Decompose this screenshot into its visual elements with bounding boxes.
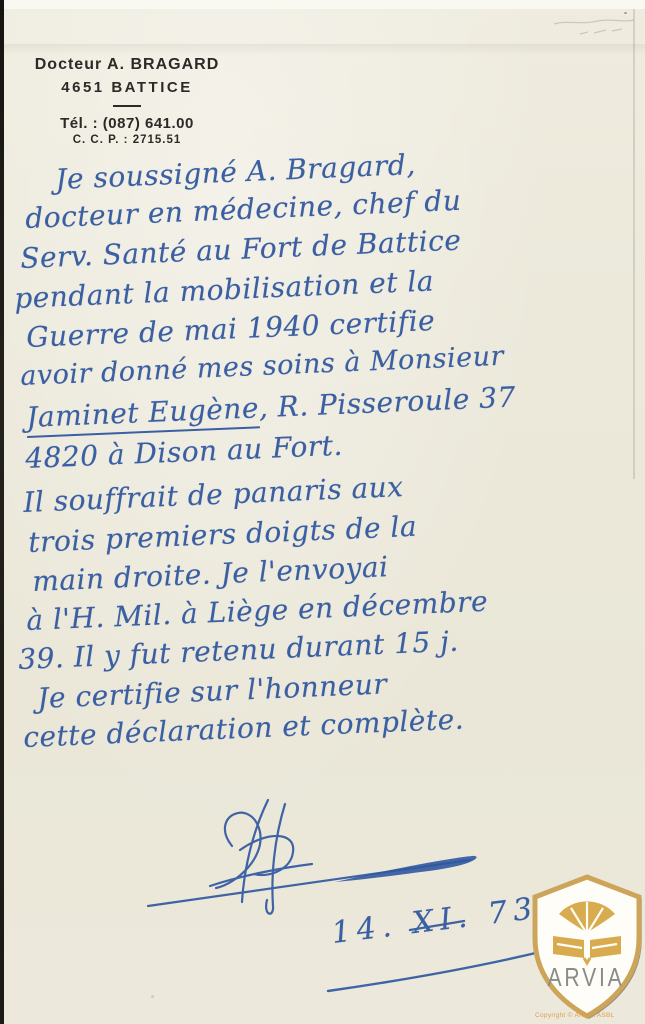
phone-number: Tél. : (087) 641.00 xyxy=(32,115,222,132)
doctor-name: Docteur A. BRAGARD xyxy=(32,56,222,74)
signature xyxy=(140,788,480,923)
scan-speck xyxy=(624,12,627,14)
paper-fold-line xyxy=(633,9,635,479)
scan-left-edge xyxy=(0,0,4,1024)
ccp-number: C. C. P. : 2715.51 xyxy=(32,134,222,146)
doctor-city: 4651 BATTICE xyxy=(32,79,222,96)
scan-speck xyxy=(151,995,154,998)
scanned-letter-page: Docteur A. BRAGARD 4651 BATTICE Tél. : (… xyxy=(0,0,645,1024)
scan-top-edge xyxy=(4,0,645,9)
arvia-brand-text: ARVIA xyxy=(534,962,639,992)
arvia-watermark: ARVIA Copyright © ARVIA ASBL xyxy=(529,872,645,1024)
shield-icon xyxy=(529,872,645,1022)
arvia-copyright-caption: Copyright © ARVIA ASBL xyxy=(535,1012,645,1019)
patient-address: , R. Pisseroule 37 xyxy=(258,381,516,425)
pencil-marks xyxy=(552,16,636,44)
letterhead-divider xyxy=(113,105,141,107)
patient-name-underlined: Jaminet Eugène xyxy=(26,391,260,438)
letterhead: Docteur A. BRAGARD 4651 BATTICE Tél. : (… xyxy=(32,56,222,146)
